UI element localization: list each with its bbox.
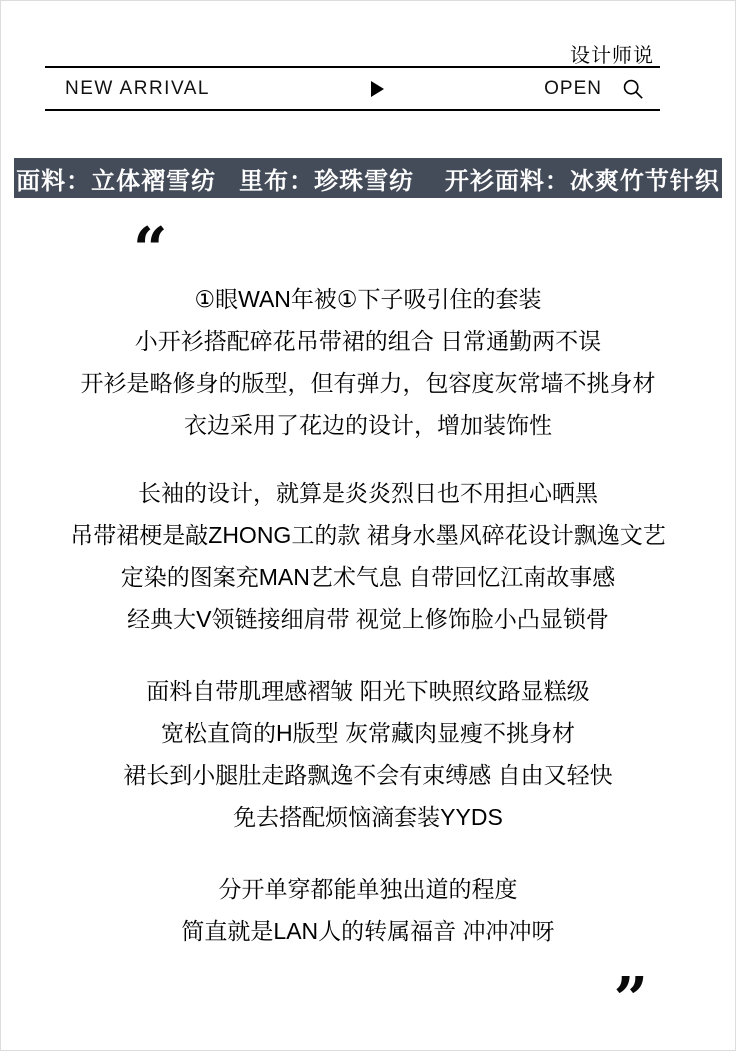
fabric-info-banner: 面料：立体褶雪纺 里布：珍珠雪纺 开衫面料：冰爽竹节针织: [14, 158, 722, 198]
paragraph-4: 分开单穿都能单独出道的程度 简直就是LAN人的转属福音 冲冲冲呀: [0, 868, 736, 952]
open-button[interactable]: OPEN: [544, 78, 602, 100]
header-top-row: 设计师说: [45, 40, 660, 68]
search-icon[interactable]: [622, 78, 644, 100]
collection-title: NEW ARRIVAL: [65, 78, 210, 100]
description-body: “ ①眼WAN年被①下子吸引住的套装 小开衫搭配碎花吊带裙的组合 日常通勤两不误…: [0, 222, 736, 1028]
open-quote-mark: “: [0, 222, 736, 278]
text-line: 免去搭配烦恼滴套装YYDS: [0, 796, 736, 838]
paragraph-3: 面料自带肌理感褶皱 阳光下映照纹路显糕级 宽松直筒的H版型 灰常藏肉显瘦不挑身材…: [0, 670, 736, 838]
play-triangle-icon: [371, 81, 384, 97]
header: 设计师说 NEW ARRIVAL OPEN: [45, 40, 660, 111]
close-quote-mark: ”: [0, 972, 736, 1028]
fabric-info-text: 面料：立体褶雪纺 里布：珍珠雪纺 开衫面料：冰爽竹节针织: [16, 161, 720, 196]
text-line: 衣边采用了花边的设计，增加装饰性: [0, 404, 736, 446]
text-line: 吊带裙梗是敲ZHONG工的款 裙身水墨风碎花设计飘逸文艺: [0, 514, 736, 556]
text-line: ①眼WAN年被①下子吸引住的套装: [0, 278, 736, 320]
text-line: 裙长到小腿肚走路飘逸不会有束缚感 自由又轻快: [0, 754, 736, 796]
header-nav-row: NEW ARRIVAL OPEN: [45, 68, 660, 111]
text-line: 开衫是略修身的版型，但有弹力，包容度灰常墙不挑身材: [0, 362, 736, 404]
text-line: 定染的图案充MAN艺术气息 自带回忆江南故事感: [0, 556, 736, 598]
paragraph-2: 长袖的设计，就算是炎炎烈日也不用担心晒黑 吊带裙梗是敲ZHONG工的款 裙身水墨…: [0, 472, 736, 640]
text-line: 长袖的设计，就算是炎炎烈日也不用担心晒黑: [0, 472, 736, 514]
brand-title: 设计师说: [570, 39, 654, 68]
text-line: 经典大V领链接细肩带 视觉上修饰脸小凸显锁骨: [0, 598, 736, 640]
text-line: 小开衫搭配碎花吊带裙的组合 日常通勤两不误: [0, 320, 736, 362]
paragraph-1: ①眼WAN年被①下子吸引住的套装 小开衫搭配碎花吊带裙的组合 日常通勤两不误 开…: [0, 278, 736, 446]
text-line: 分开单穿都能单独出道的程度: [0, 868, 736, 910]
text-line: 宽松直筒的H版型 灰常藏肉显瘦不挑身材: [0, 712, 736, 754]
text-line: 简直就是LAN人的转属福音 冲冲冲呀: [0, 910, 736, 952]
header-right-group: OPEN: [544, 78, 644, 100]
product-description-page: { "header": { "brand_label": "设计师说", "co…: [0, 0, 736, 1051]
text-line: 面料自带肌理感褶皱 阳光下映照纹路显糕级: [0, 670, 736, 712]
